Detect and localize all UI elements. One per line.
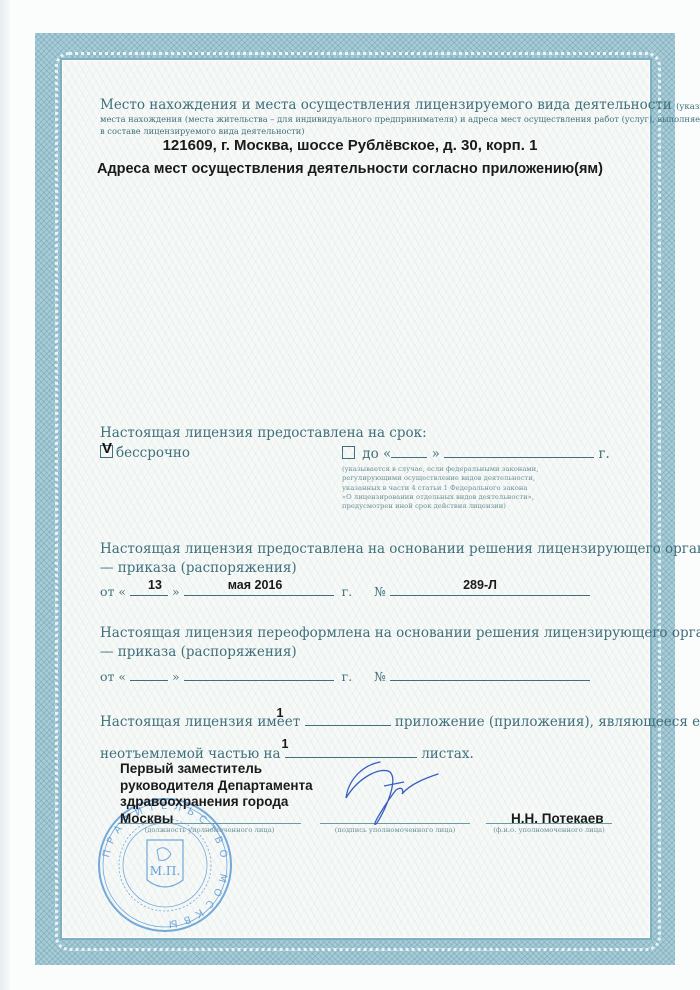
signatory-position: Первый заместитель руководителя Департам… — [120, 761, 313, 827]
until-note-line: «О лицензировании отдельных видов деятел… — [342, 493, 538, 502]
reissue-number-field[interactable] — [390, 668, 590, 681]
indefinite-label: бессрочно — [116, 445, 190, 461]
until-note: (указывается в случае, если федеральными… — [342, 465, 538, 511]
sheets-prefix: неотъемлемой частью на — [100, 746, 281, 762]
basis-line2: — приказа (распоряжения) — [100, 559, 700, 578]
term-indefinite-option: Vбессрочно — [100, 445, 190, 461]
location-note-line3: в составе лицензируемого вида деятельнос… — [100, 126, 304, 136]
location-note-line2: места нахождения (места жительства – для… — [100, 114, 700, 124]
quote-close: » — [172, 669, 180, 684]
handwritten-signature — [340, 760, 450, 830]
until-suffix: г. — [598, 446, 609, 462]
appendix-suffix: приложение (приложения), являющееся её — [395, 714, 700, 730]
term-until-option: до « » г. — [342, 445, 610, 462]
reissue-month-year-field[interactable] — [184, 668, 334, 681]
reissue-text: Настоящая лицензия переоформлена на осно… — [100, 624, 700, 662]
sheets-count-field[interactable] — [285, 745, 417, 758]
location-heading: Место нахождения и места осуществления л… — [100, 97, 700, 113]
reissue-date-row: от « » г. № — [100, 668, 590, 684]
appendix-count-field[interactable] — [305, 713, 391, 726]
license-page: Место нахождения и места осуществления л… — [0, 0, 700, 990]
appendix-count-value: 1 — [265, 706, 295, 720]
until-day-field[interactable] — [391, 445, 427, 458]
basis-number-value: 289-Л — [380, 578, 580, 592]
address: 121609, г. Москва, шоссе Рублёвское, д. … — [0, 137, 700, 154]
location-heading-text: Место нахождения и места осуществления л… — [100, 97, 672, 113]
indefinite-checkbox[interactable]: V — [100, 445, 113, 458]
basis-month-year-value: мая 2016 — [190, 578, 320, 592]
signatory-name: Н.Н. Потекаев — [511, 811, 604, 826]
reissue-line1: Настоящая лицензия переоформлена на осно… — [100, 624, 700, 643]
until-prefix: до « — [362, 446, 391, 462]
position-line: здравоохранения города — [120, 794, 313, 811]
until-note-line: регулирующими осуществление видов деятел… — [342, 474, 538, 483]
from-prefix: от « — [100, 584, 126, 599]
name-caption: (ф.и.о. уполномоченного лица) — [486, 826, 612, 834]
until-date-field[interactable] — [444, 445, 594, 458]
year-suffix: г. — [342, 669, 353, 684]
location-note: (указываются адрес — [676, 102, 700, 112]
number-sign: № — [374, 669, 386, 684]
reissue-day-field[interactable] — [130, 668, 168, 681]
reissue-line2: — приказа (распоряжения) — [100, 643, 700, 662]
appendix-row: Настоящая лицензия имеет приложение (при… — [100, 713, 700, 730]
sheets-count-value: 1 — [270, 737, 300, 751]
basis-text: Настоящая лицензия предоставлена на осно… — [100, 540, 700, 578]
basis-day-value: 13 — [140, 578, 170, 592]
until-note-line: предусмотрен иной срок действия лицензии… — [342, 502, 538, 511]
until-mid: » — [432, 446, 440, 462]
address-appendix-note: Адреса мест осуществления деятельности с… — [0, 161, 700, 177]
from-prefix: от « — [100, 669, 126, 684]
until-note-line: указанных в части 4 статьи 1 Федеральног… — [342, 484, 538, 493]
quote-close: » — [172, 584, 180, 599]
term-label: Настоящая лицензия предоставлена на срок… — [100, 425, 427, 441]
position-line: руководителя Департамента — [120, 778, 313, 795]
position-line: Первый заместитель — [120, 761, 313, 778]
seal-center-text: М.П. — [150, 864, 180, 878]
position-caption: (должность уполномоченного лица) — [118, 826, 301, 834]
position-line: Москвы — [120, 811, 313, 828]
until-note-line: (указывается в случае, если федеральными… — [342, 465, 538, 474]
basis-line1: Настоящая лицензия предоставлена на осно… — [100, 540, 700, 559]
year-suffix: г. — [342, 584, 353, 599]
position-line-rule — [118, 823, 301, 824]
until-checkbox[interactable] — [342, 446, 355, 459]
check-mark-icon: V — [102, 440, 112, 457]
